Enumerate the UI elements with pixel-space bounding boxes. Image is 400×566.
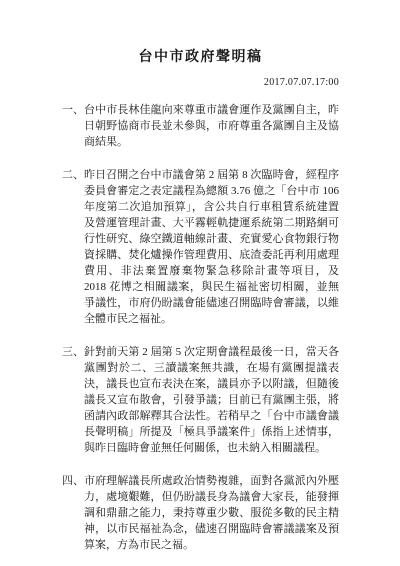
paragraph-text: 市府理解議長所處政治情勢複雜，面對各黨派內外壓力，處境艱難，但仍盼議長身為議會大…: [84, 473, 339, 553]
statement-paragraph: 二、 昨日召開之台中市議會第 2 屆第 8 次臨時會，經程序委員會審定之表定議程…: [62, 167, 339, 327]
paragraph-number: 三、: [62, 344, 84, 456]
statement-body: 一、 台中市長林佳龍向來尊重市議會運作及黨團自主，昨日朝野協商市長並未參與，市府…: [62, 102, 339, 553]
statement-title: 台中市政府聲明稿: [62, 49, 339, 66]
document-page: 台中市政府聲明稿 2017.07.07.17:00 一、 台中市長林佳龍向來尊重…: [0, 0, 400, 566]
paragraph-text: 針對前天第 2 屆第 5 次定期會議程最後一日，當天各黨團對於二、三讀議案無共識…: [84, 344, 339, 456]
paragraph-number: 四、: [62, 473, 84, 553]
paragraph-text: 台中市長林佳龍向來尊重市議會運作及黨團自主，昨日朝野協商市長並未參與，市府尊重各…: [84, 102, 339, 150]
paragraph-number: 二、: [62, 167, 84, 327]
statement-paragraph: 三、 針對前天第 2 屆第 5 次定期會議程最後一日，當天各黨團對於二、三讀議案…: [62, 344, 339, 456]
paragraph-text: 昨日召開之台中市議會第 2 屆第 8 次臨時會，經程序委員會審定之表定議程為總額…: [84, 167, 339, 327]
statement-timestamp: 2017.07.07.17:00: [62, 77, 339, 89]
statement-paragraph: 四、 市府理解議長所處政治情勢複雜，面對各黨派內外壓力，處境艱難，但仍盼議長身為…: [62, 473, 339, 553]
statement-paragraph: 一、 台中市長林佳龍向來尊重市議會運作及黨團自主，昨日朝野協商市長並未參與，市府…: [62, 102, 339, 150]
paragraph-number: 一、: [62, 102, 84, 150]
